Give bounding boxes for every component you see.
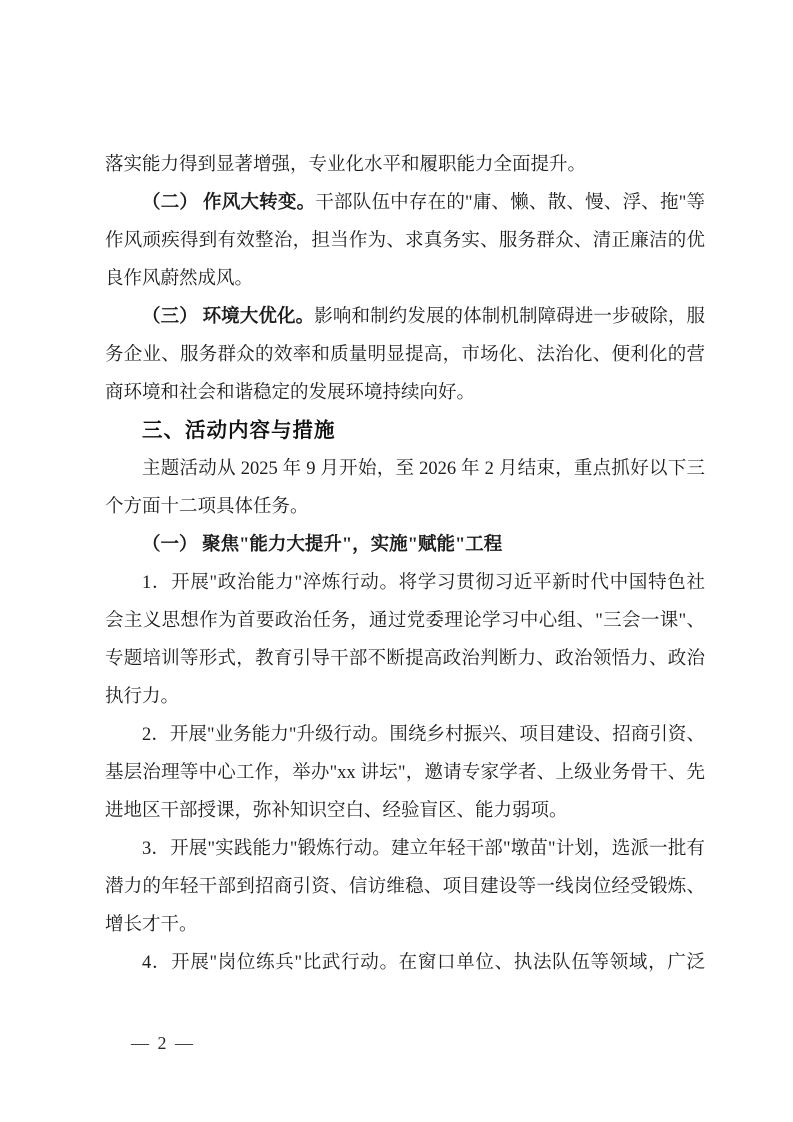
doc-line: 会主义思想作为首要政治任务，通过党委理论学习中心组、"三会一课"、 xyxy=(105,602,705,640)
doc-line: （二） 作风大转变。干部队伍中存在的"庸、懒、散、慢、浮、拖"等 xyxy=(105,184,705,222)
doc-line: （三） 环境大优化。影响和制约发展的体制机制障碍进一步破除，服 xyxy=(105,298,705,336)
subsection-heading: （一） 聚焦"能力大提升"，实施"赋能"工程 xyxy=(105,526,705,564)
section-heading-text: 三、活动内容与措施 xyxy=(142,419,336,442)
body-text: 主题活动从 2025 年 9 月开始，至 2026 年 2 月结束，重点抓好以下… xyxy=(142,459,705,479)
doc-line: 执行力。 xyxy=(105,678,705,716)
body-text: 4．开展"岗位练兵"比武行动。在窗口单位、执法队伍等领域，广泛 xyxy=(142,953,705,973)
doc-line: 潜力的年轻干部到招商引资、信访维稳、项目建设等一线岗位经受锻炼、 xyxy=(105,868,705,906)
body-text: 务企业、服务群众的效率和质量明显提高，市场化、法治化、便利化的营 xyxy=(105,345,705,365)
document-body: 落实能力得到显著增强，专业化水平和履职能力全面提升。 （二） 作风大转变。干部队… xyxy=(105,146,705,982)
subitem-lead: （三） 环境大优化。 xyxy=(142,307,314,327)
body-text: 3．开展"实践能力"锻炼行动。建立年轻干部"墩苗"计划，选派一批有 xyxy=(142,839,705,859)
doc-line: 2．开展"业务能力"升级行动。围绕乡村振兴、项目建设、招商引资、 xyxy=(105,716,705,754)
subsection-heading-text: （一） 聚焦"能力大提升"，实施"赋能"工程 xyxy=(142,535,502,555)
doc-line: 1．开展"政治能力"淬炼行动。将学习贯彻习近平新时代中国特色社 xyxy=(105,564,705,602)
body-text: 2．开展"业务能力"升级行动。围绕乡村振兴、项目建设、招商引资、 xyxy=(142,725,705,745)
body-text: 良作风蔚然成风。 xyxy=(105,269,253,289)
doc-line: 主题活动从 2025 年 9 月开始，至 2026 年 2 月结束，重点抓好以下… xyxy=(105,450,705,488)
doc-line: 3．开展"实践能力"锻炼行动。建立年轻干部"墩苗"计划，选派一批有 xyxy=(105,830,705,868)
section-heading: 三、活动内容与措施 xyxy=(105,412,705,450)
body-text: 作风顽疾得到有效整治，担当作为、求真务实、服务群众、清正廉洁的优 xyxy=(105,231,705,251)
body-text: 个方面十二项具体任务。 xyxy=(105,497,309,517)
doc-line: 增长才干。 xyxy=(105,906,705,944)
page-number: — 2 — xyxy=(131,1030,195,1056)
body-text: 干部队伍中存在的"庸、懒、散、慢、浮、拖"等 xyxy=(315,193,705,213)
doc-line: 良作风蔚然成风。 xyxy=(105,260,705,298)
doc-line: 务企业、服务群众的效率和质量明显提高，市场化、法治化、便利化的营 xyxy=(105,336,705,374)
body-text: 影响和制约发展的体制机制障碍进一步破除，服 xyxy=(314,307,705,327)
body-text: 增长才干。 xyxy=(105,915,198,935)
doc-line: 作风顽疾得到有效整治，担当作为、求真务实、服务群众、清正廉洁的优 xyxy=(105,222,705,260)
body-text: 进地区干部授课，弥补知识空白、经验盲区、能力弱项。 xyxy=(105,801,568,821)
body-text: 执行力。 xyxy=(105,687,179,707)
body-text: 潜力的年轻干部到招商引资、信访维稳、项目建设等一线岗位经受锻炼、 xyxy=(105,877,705,897)
body-text: 会主义思想作为首要政治任务，通过党委理论学习中心组、"三会一课"、 xyxy=(105,611,705,631)
body-text: 基层治理等中心工作，举办"xx 讲坛"，邀请专家学者、上级业务骨干、先 xyxy=(105,763,705,783)
doc-line: 基层治理等中心工作，举办"xx 讲坛"，邀请专家学者、上级业务骨干、先 xyxy=(105,754,705,792)
doc-line: 专题培训等形式，教育引导干部不断提高政治判断力、政治领悟力、政治 xyxy=(105,640,705,678)
subitem-lead: （二） 作风大转变。 xyxy=(142,193,315,213)
doc-line: 落实能力得到显著增强，专业化水平和履职能力全面提升。 xyxy=(105,146,705,184)
doc-line: 进地区干部授课，弥补知识空白、经验盲区、能力弱项。 xyxy=(105,792,705,830)
doc-line: 4．开展"岗位练兵"比武行动。在窗口单位、执法队伍等领域，广泛 xyxy=(105,944,705,982)
body-text: 1．开展"政治能力"淬炼行动。将学习贯彻习近平新时代中国特色社 xyxy=(142,573,705,593)
body-text: 商环境和社会和谐稳定的发展环境持续向好。 xyxy=(105,383,475,403)
body-text: 专题培训等形式，教育引导干部不断提高政治判断力、政治领悟力、政治 xyxy=(105,649,705,669)
body-text: 落实能力得到显著增强，专业化水平和履职能力全面提升。 xyxy=(105,155,586,175)
document-page: 落实能力得到显著增强，专业化水平和履职能力全面提升。 （二） 作风大转变。干部队… xyxy=(0,0,793,1122)
doc-line: 个方面十二项具体任务。 xyxy=(105,488,705,526)
doc-line: 商环境和社会和谐稳定的发展环境持续向好。 xyxy=(105,374,705,412)
